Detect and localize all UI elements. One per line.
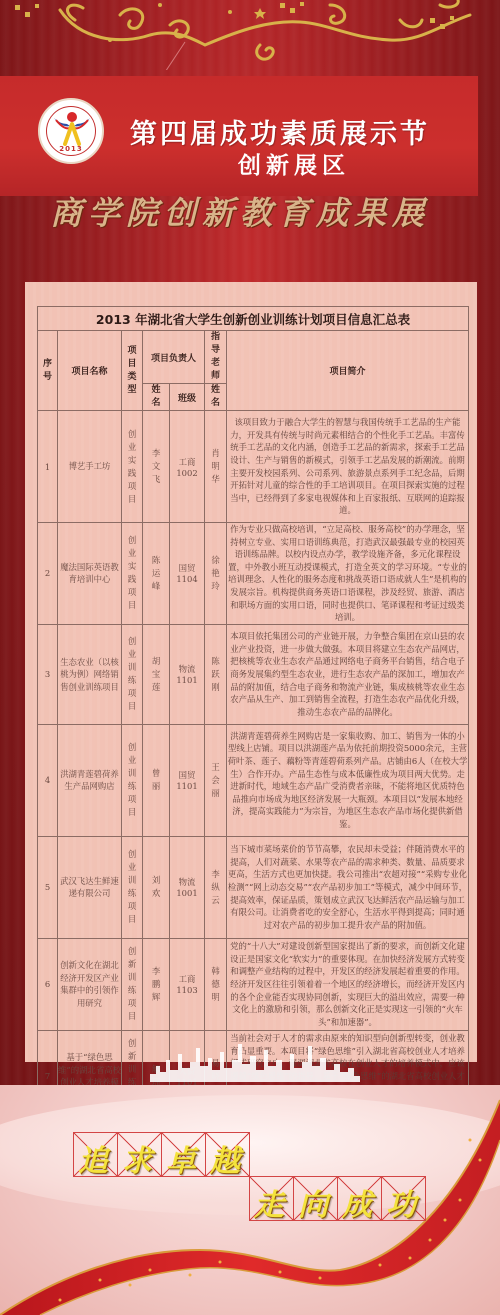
- cell-intro: 该项目致力于融合大学生的智慧与我国传统手工艺品的生产能力，开发具有传统与时尚元素…: [227, 411, 469, 523]
- cell-leader: 刘欢: [143, 836, 170, 938]
- cell-leader: 曾丽: [143, 724, 170, 836]
- table-row: 2 魔法国际英语教育培训中心 创业实践项目 陈运峰 国贸1104 徐艳玲 作为专…: [38, 523, 469, 625]
- cell-advisor: 王会丽: [205, 724, 227, 836]
- cell-intro: 党的“十八大”对建设创新型国家提出了新的要求，而创新文化建设正是国家文化“软实力…: [227, 938, 469, 1030]
- cell-seq: 2: [38, 523, 58, 625]
- zone-title: 创新展区: [238, 147, 350, 180]
- cell-type: 创业训练项目: [122, 624, 143, 724]
- cell-seq: 1: [38, 411, 58, 523]
- header-leader-class: 班级: [170, 384, 205, 411]
- cell-advisor: 徐艳玲: [205, 523, 227, 625]
- cell-intro: 当下城市菜场菜价的节节高攀，农民却未受益；伴随消费水平的提高，人们对蔬菜、水果等…: [227, 836, 469, 938]
- slogan-char: 成: [342, 1180, 372, 1224]
- header-name: 项目名称: [58, 331, 122, 411]
- cell-name: 洪湖青莲碧荷养生产品网购店: [58, 724, 122, 836]
- cell-name: 创新文化在湖北经济开发区产业集群中的引领作用研究: [58, 938, 122, 1030]
- cell-name: 武汉飞达生鲜速递有限公司: [58, 836, 122, 938]
- cell-leader: 李文飞: [143, 411, 170, 523]
- cell-name: 生态农业（以核桃为例）网络销售创业训练项目: [58, 624, 122, 724]
- slogan-char: 追: [78, 1136, 108, 1180]
- cell-seq: 6: [38, 938, 58, 1030]
- cell-advisor: 韩德明: [205, 938, 227, 1030]
- logo-year: 2013: [40, 145, 102, 153]
- winged-figure-icon: [52, 110, 92, 146]
- cell-class: 工商1103: [170, 938, 205, 1030]
- cell-class: 工商1002: [170, 411, 205, 523]
- table-panel: 2013 年湖北省大学生创新创业训练计划项目信息汇总表 序号 项目名称 项目类型…: [25, 282, 477, 1062]
- table-row: 3 生态农业（以核桃为例）网络销售创业训练项目 创业训练项目 胡宝莲 物流110…: [38, 624, 469, 724]
- slogan-char: 走: [254, 1180, 284, 1224]
- header-leader-group: 项目负责人: [143, 331, 205, 384]
- table-row: 6 创新文化在湖北经济开发区产业集群中的引领作用研究 创新训练项目 李鹏辉 工商…: [38, 938, 469, 1030]
- cell-type: 创业训练项目: [122, 836, 143, 938]
- cell-leader: 陈运峰: [143, 523, 170, 625]
- cell-intro: 洪湖青莲碧荷养生网购店是一家集收购、加工、销售为一体的小型线上店铺。项目以洪湖莲…: [227, 724, 469, 836]
- header-advisor-name: 姓名: [205, 384, 227, 411]
- cell-advisor: 陈跃刚: [205, 624, 227, 724]
- cell-advisor: 肖明华: [205, 411, 227, 523]
- cell-seq: 4: [38, 724, 58, 836]
- cell-class: 国贸1101: [170, 724, 205, 836]
- cell-class: 物流1101: [170, 624, 205, 724]
- cell-intro: 本项目依托集团公司的产业链开展，力争整合集团在京山县的农业产业投资，进一步做大做…: [227, 624, 469, 724]
- cell-name: 博艺手工坊: [58, 411, 122, 523]
- slogan-char: 功: [386, 1180, 416, 1224]
- festival-logo: 2013: [38, 98, 104, 164]
- header-leader-name: 姓名: [143, 384, 170, 411]
- table-row: 1 博艺手工坊 创业实践项目 李文飞 工商1002 肖明华 该项目致力于融合大学…: [38, 411, 469, 523]
- cell-class: 物流1001: [170, 836, 205, 938]
- header-advisor: 指导老师: [205, 331, 227, 384]
- cell-type: 创新训练项目: [122, 938, 143, 1030]
- cell-name: 魔法国际英语教育培训中心: [58, 523, 122, 625]
- header-intro: 项目简介: [227, 331, 469, 411]
- festival-title: 第四届成功素质展示节: [130, 112, 470, 151]
- header-seq: 序号: [38, 331, 58, 411]
- city-skyline: [150, 1040, 360, 1082]
- slogan-char: 向: [298, 1180, 328, 1224]
- header-type: 项目类型: [122, 331, 143, 411]
- cell-intro: 作为专业只做高校培训，“立足高校、服务高校”的办学理念，坚持树立专业、实用口语训…: [227, 523, 469, 625]
- cell-type: 创业实践项目: [122, 523, 143, 625]
- slogan-char: 越: [210, 1136, 240, 1180]
- cell-seq: 5: [38, 836, 58, 938]
- cell-advisor: 李纵云: [205, 836, 227, 938]
- slogan-char: 卓: [166, 1136, 196, 1180]
- cell-leader: 胡宝莲: [143, 624, 170, 724]
- cell-type: 创业训练项目: [122, 724, 143, 836]
- project-info-table: 2013 年湖北省大学生创新创业训练计划项目信息汇总表 序号 项目名称 项目类型…: [37, 306, 469, 1123]
- slogan-char: 求: [122, 1136, 152, 1180]
- gold-swirl-ornament: [0, 0, 500, 70]
- cell-class: 国贸1104: [170, 523, 205, 625]
- calligraphy-banner: 商学院创新教育成果展: [50, 188, 470, 234]
- cell-seq: 3: [38, 624, 58, 724]
- table-row: 5 武汉飞达生鲜速递有限公司 创业训练项目 刘欢 物流1001 李纵云 当下城市…: [38, 836, 469, 938]
- cell-type: 创业实践项目: [122, 411, 143, 523]
- cell-leader: 李鹏辉: [143, 938, 170, 1030]
- table-row: 4 洪湖青莲碧荷养生产品网购店 创业训练项目 曾丽 国贸1101 王会丽 洪湖青…: [38, 724, 469, 836]
- exhibition-poster: 2013 第四届成功素质展示节 创新展区 商学院创新教育成果展 2013 年湖北…: [0, 0, 500, 1315]
- table-caption: 2013 年湖北省大学生创新创业训练计划项目信息汇总表: [38, 307, 469, 331]
